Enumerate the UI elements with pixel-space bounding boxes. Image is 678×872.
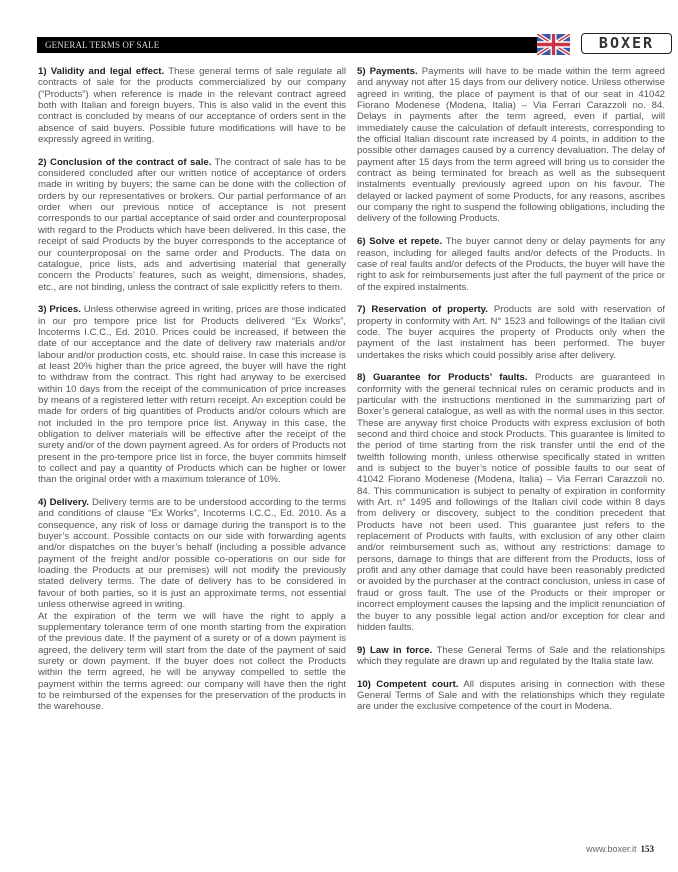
section-payments: 5) Payments. Payments will have to be ma… [357,66,665,225]
section-body-continued: At the expiration of the term we will ha… [38,611,346,713]
section-guarantee: 8) Guarantee for Products’ faults. Produ… [357,372,665,633]
section-title: 5) Payments. [357,66,418,77]
section-body: The contract of sale has to be considere… [38,157,346,293]
section-body: These general terms of sale regulate all… [38,66,346,145]
page-footer: www.boxer.it153 [586,844,654,854]
section-reservation-of-property: 7) Reservation of property. Products are… [357,304,665,361]
section-competent-court: 10) Competent court. All disputes arisin… [357,679,665,713]
section-law-in-force: 9) Law in force. These General Terms of … [357,645,665,668]
section-body: Products are guaranteed in conformity wi… [357,372,665,633]
section-body: Unless otherwise agreed in writing, pric… [38,304,346,485]
website-link[interactable]: www.boxer.it [586,844,637,854]
section-title: 10) Competent court. [357,679,458,690]
left-column: 1) Validity and legal effect. These gene… [38,66,346,724]
section-validity: 1) Validity and legal effect. These gene… [38,66,346,145]
section-delivery: 4) Delivery. Delivery terms are to be un… [38,497,346,713]
section-title: 6) Solve et repete. [357,236,442,247]
page-number: 153 [641,844,655,854]
logo-text: BOXER [599,34,654,52]
section-header-bar: GENERAL TERMS OF SALE [37,37,537,53]
section-conclusion: 2) Conclusion of the contract of sale. T… [38,157,346,293]
right-column: 5) Payments. Payments will have to be ma… [357,66,665,724]
section-title: 9) Law in force. [357,645,432,656]
section-title: 4) Delivery. [38,497,89,508]
section-title: 1) Validity and legal effect. [38,66,164,77]
boxer-logo: BOXER [581,33,672,54]
section-title: 3) Prices. [38,304,81,315]
section-prices: 3) Prices. Unless otherwise agreed in wr… [38,304,346,486]
section-solve-et-repete: 6) Solve et repete. The buyer cannot den… [357,236,665,293]
section-body: Delivery terms are to be understood acco… [38,497,346,610]
section-title: 2) Conclusion of the contract of sale. [38,157,211,168]
section-header-title: GENERAL TERMS OF SALE [45,40,159,50]
uk-flag-icon [537,34,570,55]
section-title: 8) Guarantee for Products’ faults. [357,372,528,383]
section-title: 7) Reservation of property. [357,304,488,315]
section-body: Payments will have to be made within the… [357,66,665,224]
